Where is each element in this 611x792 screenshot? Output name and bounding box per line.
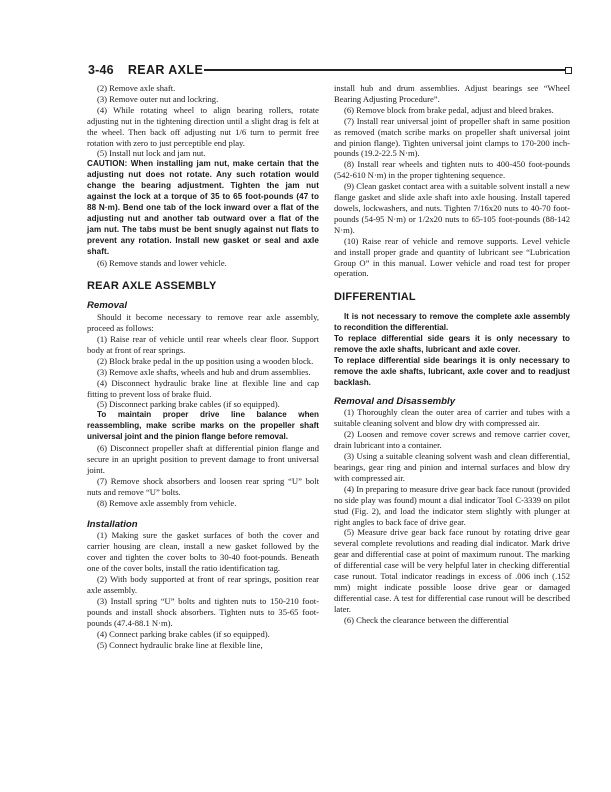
header-rule-end-box: [565, 67, 572, 74]
header-rule: [204, 69, 565, 71]
left-column: (2) Remove axle shaft. (3) Remove outer …: [87, 83, 319, 650]
subheading-removal: Removal: [87, 301, 319, 312]
step: (1) Thoroughly clean the outer area of c…: [334, 407, 570, 429]
differential-note: To replace differential side gears it is…: [334, 334, 570, 356]
step: (6) Remove block from brake pedal, adjus…: [334, 105, 570, 116]
intro-text: Should it become necessary to remove rea…: [87, 312, 319, 334]
step: (4) Disconnect hydraulic brake line at f…: [87, 378, 319, 400]
step: (4) While rotating wheel to align bearin…: [87, 105, 319, 149]
step: (3) Remove axle shafts, wheels and hub a…: [87, 367, 319, 378]
step: (7) Remove shock absorbers and loosen re…: [87, 476, 319, 498]
step: (2) Block brake pedal in the up position…: [87, 356, 319, 367]
step: (8) Remove axle assembly from vehicle.: [87, 498, 319, 509]
step: (3) Install spring “U” bolts and tighten…: [87, 596, 319, 629]
differential-note: It is not necessary to remove the comple…: [334, 312, 570, 334]
continuation-text: install hub and drum assemblies. Adjust …: [334, 83, 570, 105]
step: (4) Connect parking brake cables (if so …: [87, 629, 319, 640]
step: (5) Measure drive gear back face runout …: [334, 527, 570, 614]
differential-note: To replace differential side bearings it…: [334, 356, 570, 389]
step: (2) Loosen and remove cover screws and r…: [334, 429, 570, 451]
step: (3) Using a suitable cleaning solvent wa…: [334, 451, 570, 484]
step: (10) Raise rear of vehicle and remove su…: [334, 236, 570, 280]
section-heading-rear-axle-assembly: REAR AXLE ASSEMBLY: [87, 281, 319, 292]
step: (3) Remove outer nut and lockring.: [87, 94, 319, 105]
step: (4) In preparing to measure drive gear b…: [334, 484, 570, 528]
step: (6) Check the clearance between the diff…: [334, 615, 570, 626]
step: (6) Remove stands and lower vehicle.: [87, 258, 319, 269]
section-heading-differential: DIFFERENTIAL: [334, 292, 570, 303]
balance-note: To maintain proper drive line balance wh…: [87, 410, 319, 443]
right-column: install hub and drum assemblies. Adjust …: [334, 83, 570, 626]
step: (5) Connect hydraulic brake line at flex…: [87, 640, 319, 651]
step: (5) Disconnect parking brake cables (if …: [87, 399, 319, 410]
subheading-installation: Installation: [87, 520, 319, 531]
step: (2) Remove axle shaft.: [87, 83, 319, 94]
section-title: REAR AXLE: [128, 63, 203, 77]
page-number: 3-46: [88, 63, 114, 77]
subheading-removal-and-disassembly: Removal and Disassembly: [334, 397, 570, 408]
caution-note: CAUTION: When installing jam nut, make c…: [87, 159, 319, 257]
step: (7) Install rear universal joint of prop…: [334, 116, 570, 160]
step: (6) Disconnect propeller shaft at differ…: [87, 443, 319, 476]
step: (1) Raise rear of vehicle until rear whe…: [87, 334, 319, 356]
step: (8) Install rear wheels and tighten nuts…: [334, 159, 570, 181]
step: (1) Making sure the gasket surfaces of b…: [87, 530, 319, 574]
step: (5) Install nut lock and jam nut.: [87, 148, 319, 159]
step: (9) Clean gasket contact area with a sui…: [334, 181, 570, 236]
step: (2) With body supported at front of rear…: [87, 574, 319, 596]
page-header: 3-46 REAR AXLE: [88, 62, 572, 78]
